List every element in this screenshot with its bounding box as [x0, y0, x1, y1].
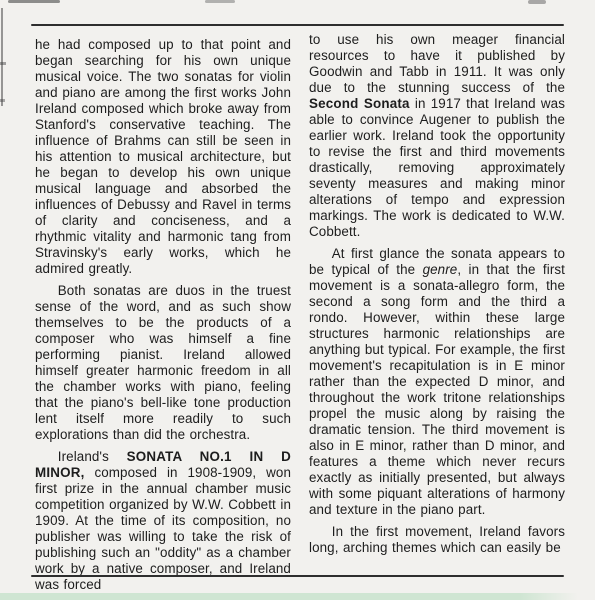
bottom-divider-line	[31, 575, 564, 577]
page-edge-artifact	[0, 62, 6, 65]
paragraph: Both sonatas are duos in the truest sens…	[35, 283, 291, 443]
text-segment: in 1917 that Ireland was able to convinc…	[309, 96, 565, 239]
text-segment: In the first movement, Ireland favors lo…	[309, 524, 565, 555]
text-segment: to use his own meager financial resource…	[309, 32, 565, 95]
paragraph: Ireland's SONATA NO.1 IN D MINOR, compos…	[35, 449, 291, 593]
text-segment: genre	[423, 262, 458, 277]
paragraph: he had composed up to that point and beg…	[35, 37, 291, 277]
paragraph: In the first movement, Ireland favors lo…	[309, 524, 565, 556]
text-segment: composed in 1908-1909, won first prize i…	[35, 465, 291, 592]
text-segment: Ireland's	[58, 449, 127, 464]
scan-artifact	[8, 0, 60, 3]
paragraph: to use his own meager financial resource…	[309, 32, 565, 240]
scan-artifact	[205, 0, 235, 3]
text-segment: , in that the first movement is a sonata…	[309, 262, 565, 517]
page-edge-artifact	[1, 8, 3, 106]
text-segment: Second Sonata	[309, 96, 410, 111]
top-divider-line	[31, 24, 564, 26]
page-edge-band	[0, 593, 578, 600]
booklet-page: he had composed up to that point and beg…	[0, 0, 595, 600]
text-segment: he had composed up to that point and beg…	[35, 37, 291, 276]
scan-artifact	[528, 0, 546, 4]
text-segment: Both sonatas are duos in the truest sens…	[35, 283, 291, 442]
right-text-column: to use his own meager financial resource…	[309, 32, 565, 599]
page-edge-artifact	[0, 99, 5, 102]
text-columns: he had composed up to that point and beg…	[35, 32, 565, 599]
left-text-column: he had composed up to that point and beg…	[35, 32, 291, 599]
paragraph: At first glance the sonata appears to be…	[309, 246, 565, 518]
